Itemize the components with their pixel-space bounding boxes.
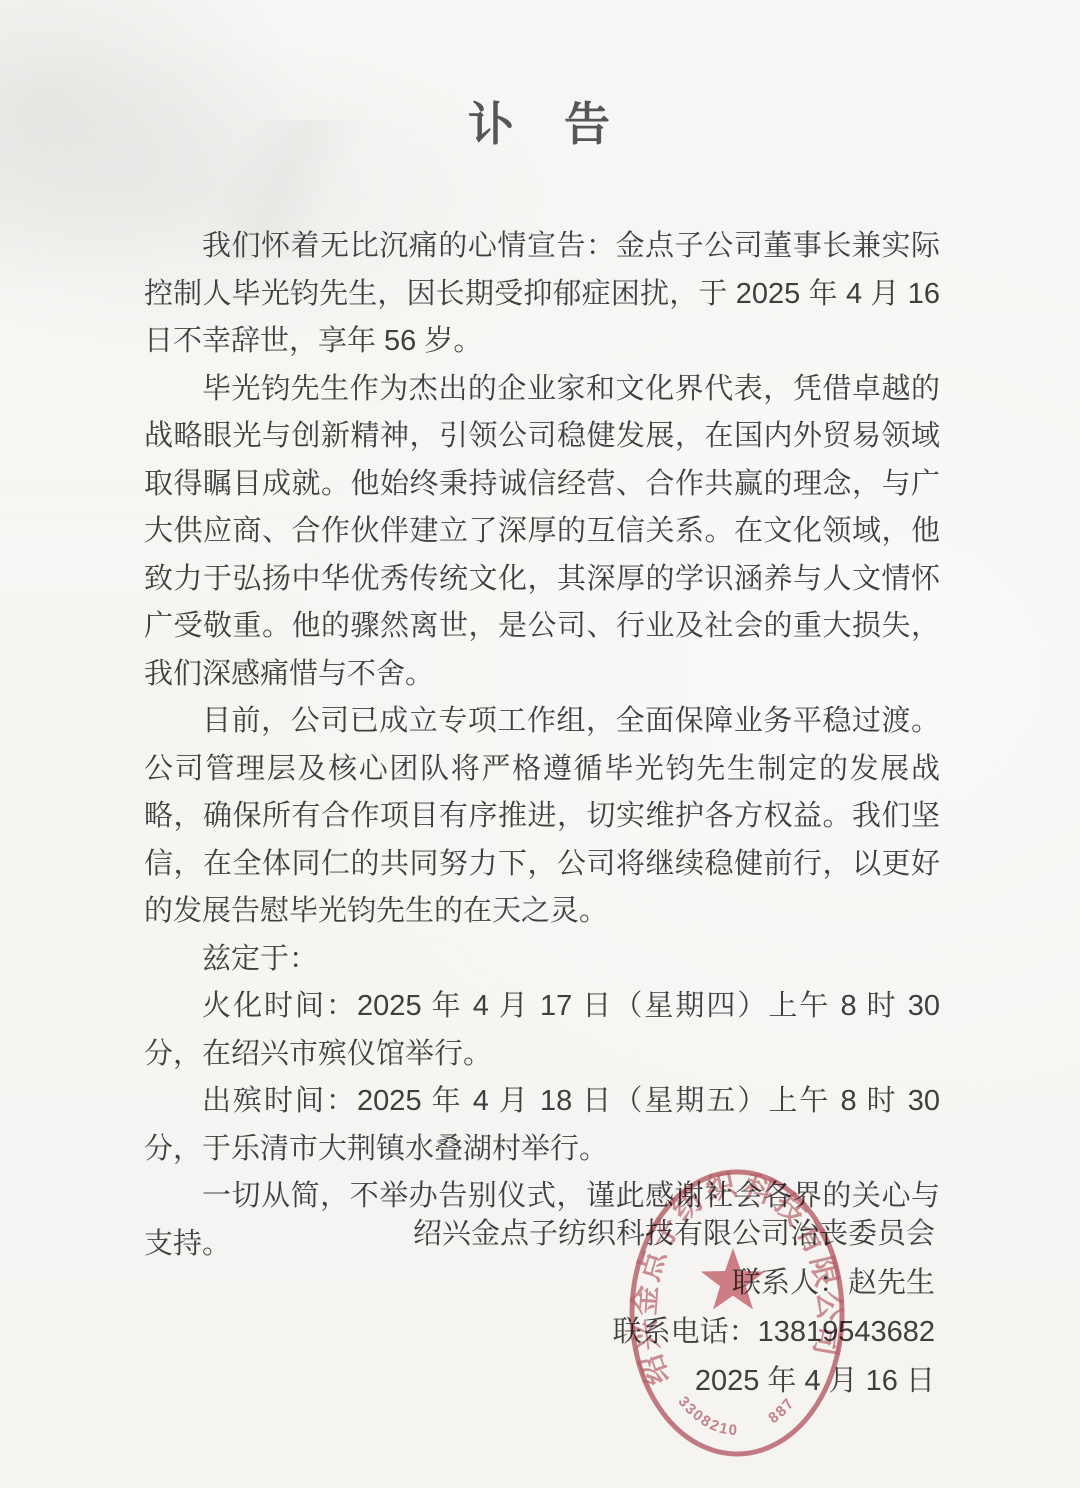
seal-number-right: 887	[765, 1394, 798, 1427]
document-title: 讣 告	[0, 0, 1080, 154]
obituary-page: 讣 告 我们怀着无比沉痛的心情宣告：金点子公司董事长兼实际控制人毕光钧先生，因长…	[0, 0, 1080, 1488]
paragraph-biography: 毕光钧先生作为杰出的企业家和文化界代表，凭借卓越的战略眼光与创新精神，引领公司稳…	[144, 366, 940, 699]
company-seal: 绍兴金点子纺织科技有限公司 3308210 887	[626, 1166, 848, 1462]
paragraph-funeral-time: 出殡时间：2025 年 4 月 18 日（星期五）上午 8 时 30 分，于乐清…	[144, 1078, 940, 1173]
document-body: 我们怀着无比沉痛的心情宣告：金点子公司董事长兼实际控制人毕光钧先生，因长期受抑郁…	[144, 223, 940, 1268]
svg-text:887: 887	[765, 1394, 798, 1427]
seal-star-icon	[701, 1248, 766, 1310]
paragraph-hereby: 兹定于：	[144, 936, 940, 984]
paragraph-company-transition: 目前，公司已成立专项工作组，全面保障业务平稳过渡。公司管理层及核心团队将严格遵循…	[144, 698, 940, 936]
paragraph-announcement: 我们怀着无比沉痛的心情宣告：金点子公司董事长兼实际控制人毕光钧先生，因长期受抑郁…	[144, 223, 940, 366]
paragraph-cremation-time: 火化时间：2025 年 4 月 17 日（星期四）上午 8 时 30 分，在绍兴…	[144, 983, 940, 1078]
